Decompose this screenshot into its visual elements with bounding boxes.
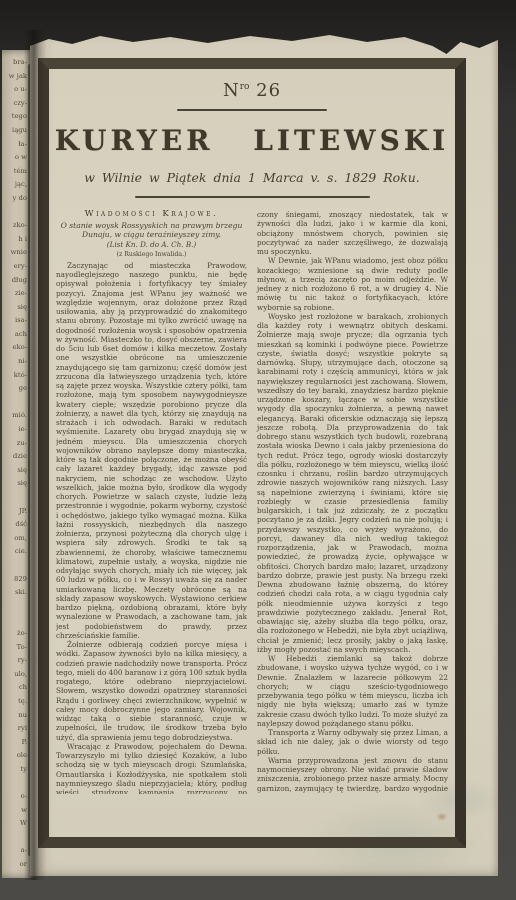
margin-fragment: bra- [2,58,27,72]
margin-fragment: któ- [2,371,27,385]
margin-fragment: W [2,819,27,833]
margin-fragment: dług [2,276,27,290]
body-paragraph: Warna przyprowadzona jest znowu do stanu… [257,756,448,794]
margin-fragment: ła- [2,140,27,154]
issue-value: 26 [256,80,281,101]
margin-fragment: a- [2,846,27,860]
dateline: w Wilnie w Piątek dnia 1 Marca v. s. 182… [49,170,455,185]
margin-fragment: P. [2,738,27,752]
margin-fragment: zu- [2,439,27,453]
body-paragraph: Wracając z Prawodow, pojechałem do Dewna… [56,742,247,794]
margin-fragment: o u- [2,85,27,99]
margin-fragment: mió. [2,411,27,425]
article-title: O stanie woysk Rossyyskich na prawym brz… [60,221,243,239]
column-left: Wiadomości Krajowe. O stanie woysk Rossy… [56,210,247,794]
margin-fragment: JP. [2,507,27,521]
masthead-divider-bottom [135,196,370,198]
column-right: czony śniegami, znoszący niedostatek, ta… [257,210,448,794]
previous-page-text-fragments: bra-w jako u-czy-tegoiąguła-o wtémjąc,y … [2,58,27,878]
margin-fragment: wnie [2,248,27,262]
margin-fragment: iągu [2,126,27,140]
margin-fragment: ie- [2,425,27,439]
margin-fragment [2,208,27,222]
margin-fragment: ryi [2,724,27,738]
margin-fragment: dzie [2,452,27,466]
margin-fragment: ski. [2,588,27,602]
margin-fragment: się [2,303,27,317]
section-heading: Wiadomości Krajowe. [56,210,247,219]
margin-fragment [2,561,27,575]
masthead-divider-top [177,109,327,111]
margin-fragment [2,493,27,507]
margin-fragment: eko- [2,343,27,357]
article-byline: (List Kn. D. do A. Ch. B.) [56,240,247,249]
margin-fragment: om, [2,534,27,548]
scan-background: bra-w jako u-czy-tegoiąguła-o wtémjąc,y … [0,0,516,900]
margin-fragment: żo- [2,629,27,643]
margin-fragment: isa- [2,316,27,330]
margin-fragment: ni- [2,357,27,371]
body-paragraph: W Hebedżi ziemlanki są takoż dobrze zbud… [257,654,448,728]
margin-fragment: się [2,479,27,493]
margin-fragment [2,602,27,616]
right-column-paragraphs: czony śniegami, znoszący niedostatek, ta… [257,210,448,794]
page-frame-border: Nro 26 KURYER LITEWSKI w Wilnie w Piątek… [38,58,466,848]
issue-superscript: ro [240,82,250,92]
margin-fragment: 829 [2,575,27,589]
masthead: Nro 26 KURYER LITEWSKI w Wilnie w Piątek… [49,80,455,198]
margin-fragment [2,615,27,629]
margin-fragment: jąc, [2,180,27,194]
margin-fragment: się [2,466,27,480]
margin-fragment [2,833,27,847]
newspaper-page: Nro 26 KURYER LITEWSKI w Wilnie w Piątek… [30,30,498,876]
margin-fragment: zko- [2,221,27,235]
margin-fragment: tém [2,167,27,181]
text-columns: Wiadomości Krajowe. O stanie woysk Rossy… [56,210,448,794]
margin-fragment: ty [2,765,27,779]
margin-fragment: cie. [2,547,27,561]
margin-fragment: ge [2,384,27,398]
body-paragraph: Transporta z Warny odbywały się przez Li… [257,728,448,756]
left-column-paragraphs: Zaczynając od miasteczka Prawodow, nayod… [56,261,247,794]
margin-fragment: or [2,860,27,874]
margin-fragment: nu [2,711,27,725]
article-source-note: (z Ruskiego Inwalida.) [56,250,247,259]
margin-fragment: To- [2,643,27,657]
margin-fragment: czy- [2,99,27,113]
body-paragraph: czony śniegami, znoszący niedostatek, ta… [257,210,448,256]
margin-fragment: ry- [2,656,27,670]
margin-fragment: o w [2,153,27,167]
body-paragraph: Żołnierze odbierają codzień porcye mięsa… [56,640,247,742]
margin-fragment: zie- [2,289,27,303]
margin-fragment: y do [2,194,27,208]
margin-fragment: w jak [2,72,27,86]
masthead-title: KURYER LITEWSKI [49,124,455,157]
margin-fragment: ery- [2,262,27,276]
margin-fragment: ulo, [2,670,27,684]
margin-fragment: ch [2,683,27,697]
issue-prefix: N [223,80,240,101]
body-paragraph: W Dewnie, jak WPanu wiadomo, jest oboz p… [257,256,448,312]
margin-fragment: ole [2,751,27,765]
body-paragraph: Zaczynając od miasteczka Prawodow, nayod… [56,261,247,640]
margin-fragment: h i [2,235,27,249]
margin-fragment [2,398,27,412]
margin-fragment: tę. [2,697,27,711]
issue-number: Nro 26 [49,80,455,101]
margin-fragment [2,778,27,792]
margin-fragment: o- [2,792,27,806]
margin-fragment: tego [2,112,27,126]
margin-fragment: w [2,806,27,820]
body-paragraph: Woysko jest rozłożone w barakach, zrobio… [257,312,448,654]
margin-fragment: ach [2,330,27,344]
margin-fragment: dść [2,520,27,534]
